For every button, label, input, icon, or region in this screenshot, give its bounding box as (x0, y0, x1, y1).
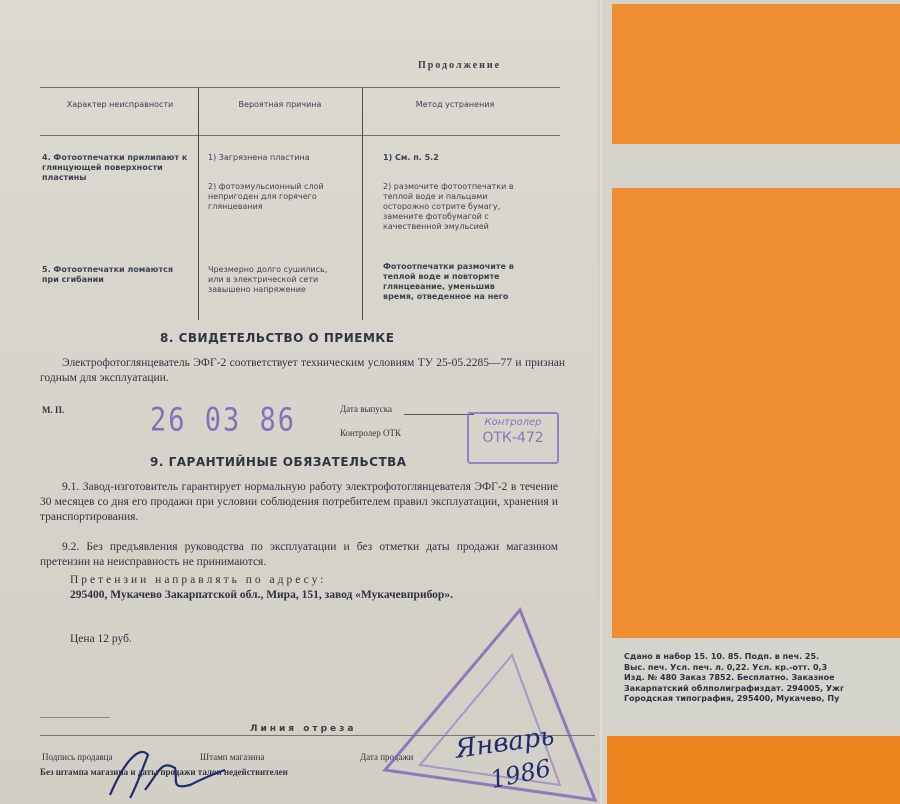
imprint-line: Выс. печ. Усл. печ. л. 0,22. Усл. кр.-от… (624, 663, 844, 674)
table-cell-cause: 1) Загрязнена пластина (208, 153, 348, 163)
imprint-block: Сдано в набор 15. 10. 85. Подп. в печ. 2… (624, 652, 844, 705)
table-top-rule (40, 87, 560, 88)
continuation-label: Продолжение (418, 60, 501, 71)
orange-block-bottom (607, 736, 900, 804)
column-header-cause: Вероятная причина (225, 100, 335, 110)
table-cell-remedy: Фотоотпечатки размочите в теплой воде и … (383, 262, 528, 302)
warranty-clause-9-2: 9.2. Без предъявления руководства по экс… (40, 540, 558, 570)
orange-block-top (612, 4, 900, 144)
imprint-line: Закарпатский облполиграфиздат. 294005, У… (624, 684, 844, 695)
column-divider (198, 88, 199, 320)
table-cell-cause: 2) фотоэмульсионный слой непригоден для … (208, 182, 353, 212)
table-cell-fault: 5. Фотоотпечатки ломаются при сгибании (42, 265, 192, 285)
date-stamp: 26 03 86 (150, 402, 296, 439)
seller-signature-icon (100, 740, 240, 804)
release-date-line (404, 414, 474, 415)
table-cell-fault: 4. Фотоотпечатки прилипают к глянцующей … (42, 153, 192, 183)
otk-label: Контролер ОТК (340, 428, 401, 438)
imprint-line: Изд. № 480 Заказ 7852. Бесплатно. Заказн… (624, 673, 844, 684)
column-header-remedy: Метод устранения (380, 100, 530, 110)
table-header-rule (40, 135, 560, 136)
column-header-fault: Характер неисправности (50, 100, 190, 110)
cut-line-label: Линия отреза (250, 724, 356, 734)
release-date-label: Дата выпуска (340, 404, 392, 414)
price: Цена 12 руб. (70, 632, 132, 647)
otk-stamp-line1: Контролер (469, 417, 557, 428)
orange-block-middle: ЗАКАРПАТСКАЯ МУКАЧЕВ (612, 188, 900, 638)
section-8-text: Электрофотоглянцеватель ЭФГ-2 соответств… (40, 356, 565, 386)
imprint-line: Городская типография, 295400, Мукачево, … (624, 694, 844, 705)
section-9-title: 9. ГАРАНТИЙНЫЕ ОБЯЗАТЕЛЬСТВА (150, 455, 407, 469)
dash-line (40, 717, 110, 718)
imprint-line: Сдано в набор 15. 10. 85. Подп. в печ. 2… (624, 652, 844, 663)
mp-label: М. П. (42, 405, 64, 415)
claims-label: Претензии направлять по адресу: (70, 573, 326, 588)
otk-stamp-line2: ОТК-472 (469, 430, 557, 446)
column-divider (362, 88, 363, 320)
table-cell-cause: Чрезмерно долго сушились, или в электрич… (208, 265, 328, 295)
table-cell-remedy: 1) См. п. 5.2 (383, 153, 543, 163)
table-cell-remedy: 2) размочите фотоотпечатки в теплой воде… (383, 182, 533, 232)
section-8-title: 8. СВИДЕТЕЛЬСТВО О ПРИЕМКЕ (160, 331, 394, 345)
warranty-clause-9-1: 9.1. Завод-изготовитель гарантирует норм… (40, 480, 558, 525)
otk-stamp: Контролер ОТК-472 (467, 412, 559, 464)
